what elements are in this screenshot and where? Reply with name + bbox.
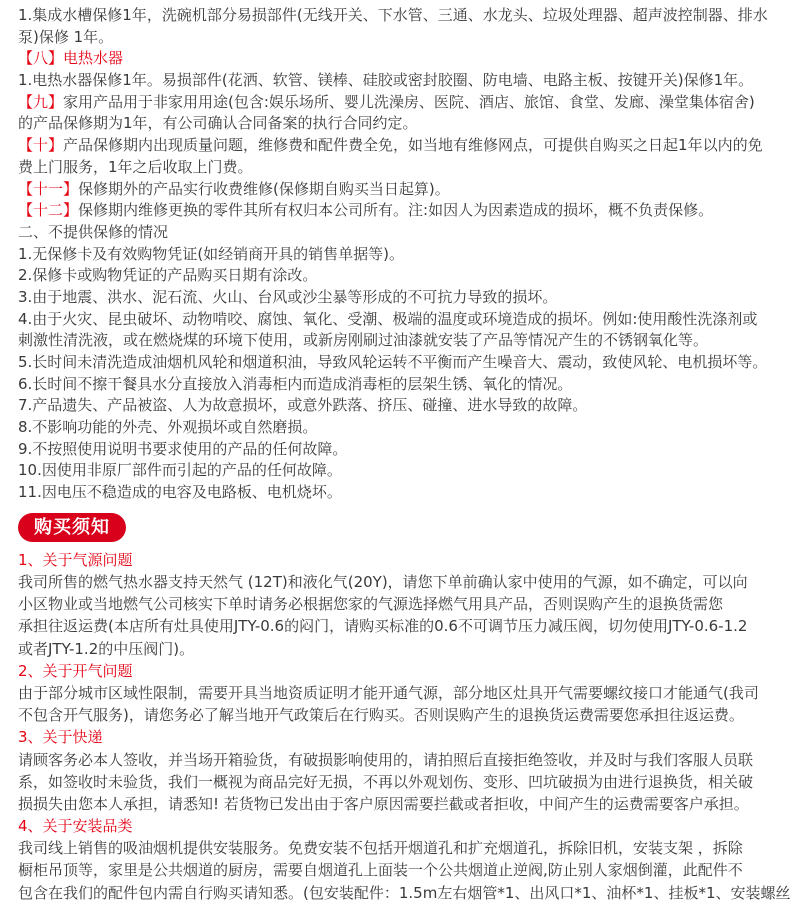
- text-line: 泵)保修 1年。: [18, 27, 790, 49]
- text-line: 费上门服务，1年之后收取上门费。: [18, 157, 790, 179]
- red-highlight-text: 【八】电热水器: [18, 49, 123, 67]
- body-text: 7.产品遗失、产品被盗、人为故意损坏，或意外跌落、挤压、碰撞、进水导致的故障。: [18, 396, 587, 414]
- warranty-terms-section: 1.集成水槽保修1年，洗碗机部分易损部件(无线开关、下水管、三通、水龙头、垃圾处…: [18, 5, 790, 504]
- text-line: 我司线上销售的吸油烟机提供安装服务。免费安装不包括开烟道孔和扩充烟道孔，拆除旧机…: [18, 837, 790, 859]
- text-line: 刺激性清洗液，或在燃烧煤的环境下使用，或新房刚刷过油漆就安装了产品等情况产生的不…: [18, 330, 790, 352]
- body-text: 11.因电压不稳造成的电容及电路板、电机烧坏。: [18, 483, 342, 501]
- text-line: 3、关于快递: [18, 726, 790, 748]
- text-line: 1.无保修卡及有效购物凭证(如经销商开具的销售单据等)。: [18, 244, 790, 266]
- text-line: 包含在我们的配件包内需自行购买请知悉。(包安装配件：1.5m左右烟管*1、出风口…: [18, 882, 790, 904]
- text-line: 7.产品遗失、产品被盗、人为故意损坏，或意外跌落、挤压、碰撞、进水导致的故障。: [18, 395, 790, 417]
- body-text: 1.集成水槽保修1年，洗碗机部分易损部件(无线开关、下水管、三通、水龙头、垃圾处…: [18, 6, 768, 24]
- text-line: 1.集成水槽保修1年，洗碗机部分易损部件(无线开关、下水管、三通、水龙头、垃圾处…: [18, 5, 790, 27]
- red-highlight-text: 4、关于安装品类: [18, 817, 133, 835]
- text-line: 损损失由您本人承担，请悉知! 若货物已发出由于客户原因需要拦截或者拒收，中间产生…: [18, 793, 790, 815]
- text-line: 的产品保修期为1年，有公司确认合同备案的执行合同约定。: [18, 113, 790, 135]
- red-highlight-text: 【十】: [18, 136, 63, 154]
- text-line: 【十一】保修期外的产品实行收费维修(保修期自购买当日起算)。: [18, 179, 790, 201]
- red-highlight-text: 【十二】: [18, 201, 78, 219]
- text-line: 二、不提供保修的情况: [18, 222, 790, 244]
- body-text: 6.长时间不擦干餐具水分直接放入消毒柜内而造成消毒柜的层架生锈、氧化的情况。: [18, 375, 572, 393]
- text-line: 8.不影响功能的外壳、外观损坏或自然磨损。: [18, 417, 790, 439]
- body-text: 5.长时间未清洗造成油烟机风轮和烟道积油，导致风轮运转不平衡而产生噪音大、震动，…: [18, 353, 767, 371]
- red-highlight-text: 1、关于气源问题: [18, 551, 133, 569]
- body-text: 1.无保修卡及有效购物凭证(如经销商开具的销售单据等)。: [18, 245, 404, 263]
- text-line: 2.保修卡或购物凭证的产品购买日期有涂改。: [18, 265, 790, 287]
- text-line: 橱柜吊顶等，家里是公共烟道的厨房，需要自烟道孔上面装一个公共烟道止逆阀,防止别人…: [18, 859, 790, 881]
- body-text: 我司线上销售的吸油烟机提供安装服务。免费安装不包括开烟道孔和扩充烟道孔，拆除旧机…: [18, 839, 743, 857]
- body-text: 2.保修卡或购物凭证的产品购买日期有涂改。: [18, 266, 317, 284]
- body-text: 损损失由您本人承担，请悉知! 若货物已发出由于客户原因需要拦截或者拒收，中间产生…: [18, 795, 749, 813]
- text-line: 4、关于安装品类: [18, 815, 790, 837]
- body-text: 小区物业或当地燃气公司核实下单时请务必根据您家的气源选择燃气用具产品，否则误购产…: [18, 595, 723, 613]
- text-line: 5.长时间未清洗造成油烟机风轮和烟道积油，导致风轮运转不平衡而产生噪音大、震动，…: [18, 352, 790, 374]
- body-text: 承担往返运费(本店所有灶具使用JTY-0.6的闷门，请购买标准的0.6不可调节压…: [18, 617, 747, 635]
- text-line: 4.由于火灾、昆虫破坏、动物啃咬、腐蚀、氧化、受潮、极端的温度或环境造成的损坏。…: [18, 309, 790, 331]
- body-text: 费上门服务，1年之后收取上门费。: [18, 158, 253, 176]
- red-highlight-text: 【九】: [18, 93, 63, 111]
- body-text: 1.电热水器保修1年。易损部件(花洒、软管、镁棒、硅胶或密封胶圈、防电墙、电路主…: [18, 71, 753, 89]
- purchase-notice-badge-row: 购买须知: [18, 504, 790, 549]
- product-notice-document: 1.集成水槽保修1年，洗碗机部分易损部件(无线开关、下水管、三通、水龙头、垃圾处…: [0, 0, 790, 904]
- body-text: 二、不提供保修的情况: [18, 223, 168, 241]
- text-line: 【九】家用产品用于非家用用途(包含:娱乐场所、婴儿洗澡房、医院、酒店、旅馆、食堂…: [18, 92, 790, 114]
- text-line: 6.长时间不擦干餐具水分直接放入消毒柜内而造成消毒柜的层架生锈、氧化的情况。: [18, 374, 790, 396]
- body-text: 4.由于火灾、昆虫破坏、动物啃咬、腐蚀、氧化、受潮、极端的温度或环境造成的损坏。…: [18, 310, 757, 328]
- body-text: 或者JTY-1.2的中压阀门)。: [18, 640, 194, 658]
- text-line: 系，如签收时未验货，我们一概视为商品完好无损，不再以外观划伤、变形、凹坑破损为由…: [18, 771, 790, 793]
- text-line: 小区物业或当地燃气公司核实下单时请务必根据您家的气源选择燃气用具产品，否则误购产…: [18, 593, 790, 615]
- text-line: 承担往返运费(本店所有灶具使用JTY-0.6的闷门，请购买标准的0.6不可调节压…: [18, 615, 790, 637]
- body-text: 9.不按照使用说明书要求使用的产品的任何故障。: [18, 440, 347, 458]
- body-text: 包含在我们的配件包内需自行购买请知悉。(包安装配件：1.5m左右烟管*1、出风口…: [18, 884, 790, 902]
- body-text: 家用产品用于非家用用途(包含:娱乐场所、婴儿洗澡房、医院、酒店、旅馆、食堂、发廊…: [63, 93, 755, 111]
- body-text: 8.不影响功能的外壳、外观损坏或自然磨损。: [18, 418, 317, 436]
- text-line: 1.电热水器保修1年。易损部件(花洒、软管、镁棒、硅胶或密封胶圈、防电墙、电路主…: [18, 70, 790, 92]
- text-line: 【十二】保修期内维修更换的零件其所有权归本公司所有。注:如因人为因素造成的损坏，…: [18, 200, 790, 222]
- body-text: 保修期内维修更换的零件其所有权归本公司所有。注:如因人为因素造成的损坏，概不负责…: [78, 201, 713, 219]
- text-line: 不包含开气服务)，请您务必了解当地开气政策后在行购买。否则误购产生的退换货运费需…: [18, 704, 790, 726]
- red-highlight-text: 2、关于开气问题: [18, 662, 133, 680]
- red-highlight-text: 3、关于快递: [18, 728, 103, 746]
- body-text: 请顾客务必本人签收，并当场开箱验货，有破损影响使用的，请拍照后直接拒绝签收，并及…: [18, 751, 753, 769]
- purchase-notice-section: 1、关于气源问题我司所售的燃气热水器支持天然气 (12T)和液化气(20Y)，请…: [18, 549, 790, 904]
- red-highlight-text: 【十一】: [18, 180, 78, 198]
- text-line: 或者JTY-1.2的中压阀门)。: [18, 638, 790, 660]
- text-line: 请顾客务必本人签收，并当场开箱验货，有破损影响使用的，请拍照后直接拒绝签收，并及…: [18, 749, 790, 771]
- text-line: 11.因电压不稳造成的电容及电路板、电机烧坏。: [18, 482, 790, 504]
- body-text: 刺激性清洗液，或在燃烧煤的环境下使用，或新房刚刷过油漆就安装了产品等情况产生的不…: [18, 331, 708, 349]
- text-line: 我司所售的燃气热水器支持天然气 (12T)和液化气(20Y)，请您下单前确认家中…: [18, 571, 790, 593]
- text-line: 2、关于开气问题: [18, 660, 790, 682]
- body-text: 10.因使用非原厂部件而引起的产品的任何故障。: [18, 461, 342, 479]
- body-text: 系，如签收时未验货，我们一概视为商品完好无损，不再以外观划伤、变形、凹坑破损为由…: [18, 773, 753, 791]
- body-text: 我司所售的燃气热水器支持天然气 (12T)和液化气(20Y)，请您下单前确认家中…: [18, 573, 748, 591]
- text-line: 【十】产品保修期内出现质量问题，维修费和配件费全免，如当地有维修网点，可提供自购…: [18, 135, 790, 157]
- body-text: 橱柜吊顶等，家里是公共烟道的厨房，需要自烟道孔上面装一个公共烟道止逆阀,防止别人…: [18, 861, 743, 879]
- text-line: 3.由于地震、洪水、泥石流、火山、台风或沙尘暴等形成的不可抗力导致的损坏。: [18, 287, 790, 309]
- body-text: 由于部分城市区域性限制，需要开具当地资质证明才能开通气源，部分地区灶具开气需要螺…: [18, 684, 759, 702]
- body-text: 保修期外的产品实行收费维修(保修期自购买当日起算)。: [78, 180, 450, 198]
- body-text: 泵)保修 1年。: [18, 28, 113, 46]
- text-line: 1、关于气源问题: [18, 549, 790, 571]
- body-text: 3.由于地震、洪水、泥石流、火山、台风或沙尘暴等形成的不可抗力导致的损坏。: [18, 288, 557, 306]
- purchase-notice-badge: 购买须知: [18, 513, 126, 542]
- body-text: 产品保修期内出现质量问题，维修费和配件费全免，如当地有维修网点，可提供自购买之日…: [63, 136, 763, 154]
- body-text: 的产品保修期为1年，有公司确认合同备案的执行合同约定。: [18, 114, 418, 132]
- text-line: 【八】电热水器: [18, 48, 790, 70]
- text-line: 9.不按照使用说明书要求使用的产品的任何故障。: [18, 439, 790, 461]
- text-line: 10.因使用非原厂部件而引起的产品的任何故障。: [18, 460, 790, 482]
- body-text: 不包含开气服务)，请您务必了解当地开气政策后在行购买。否则误购产生的退换货运费需…: [18, 706, 744, 724]
- text-line: 由于部分城市区域性限制，需要开具当地资质证明才能开通气源，部分地区灶具开气需要螺…: [18, 682, 790, 704]
